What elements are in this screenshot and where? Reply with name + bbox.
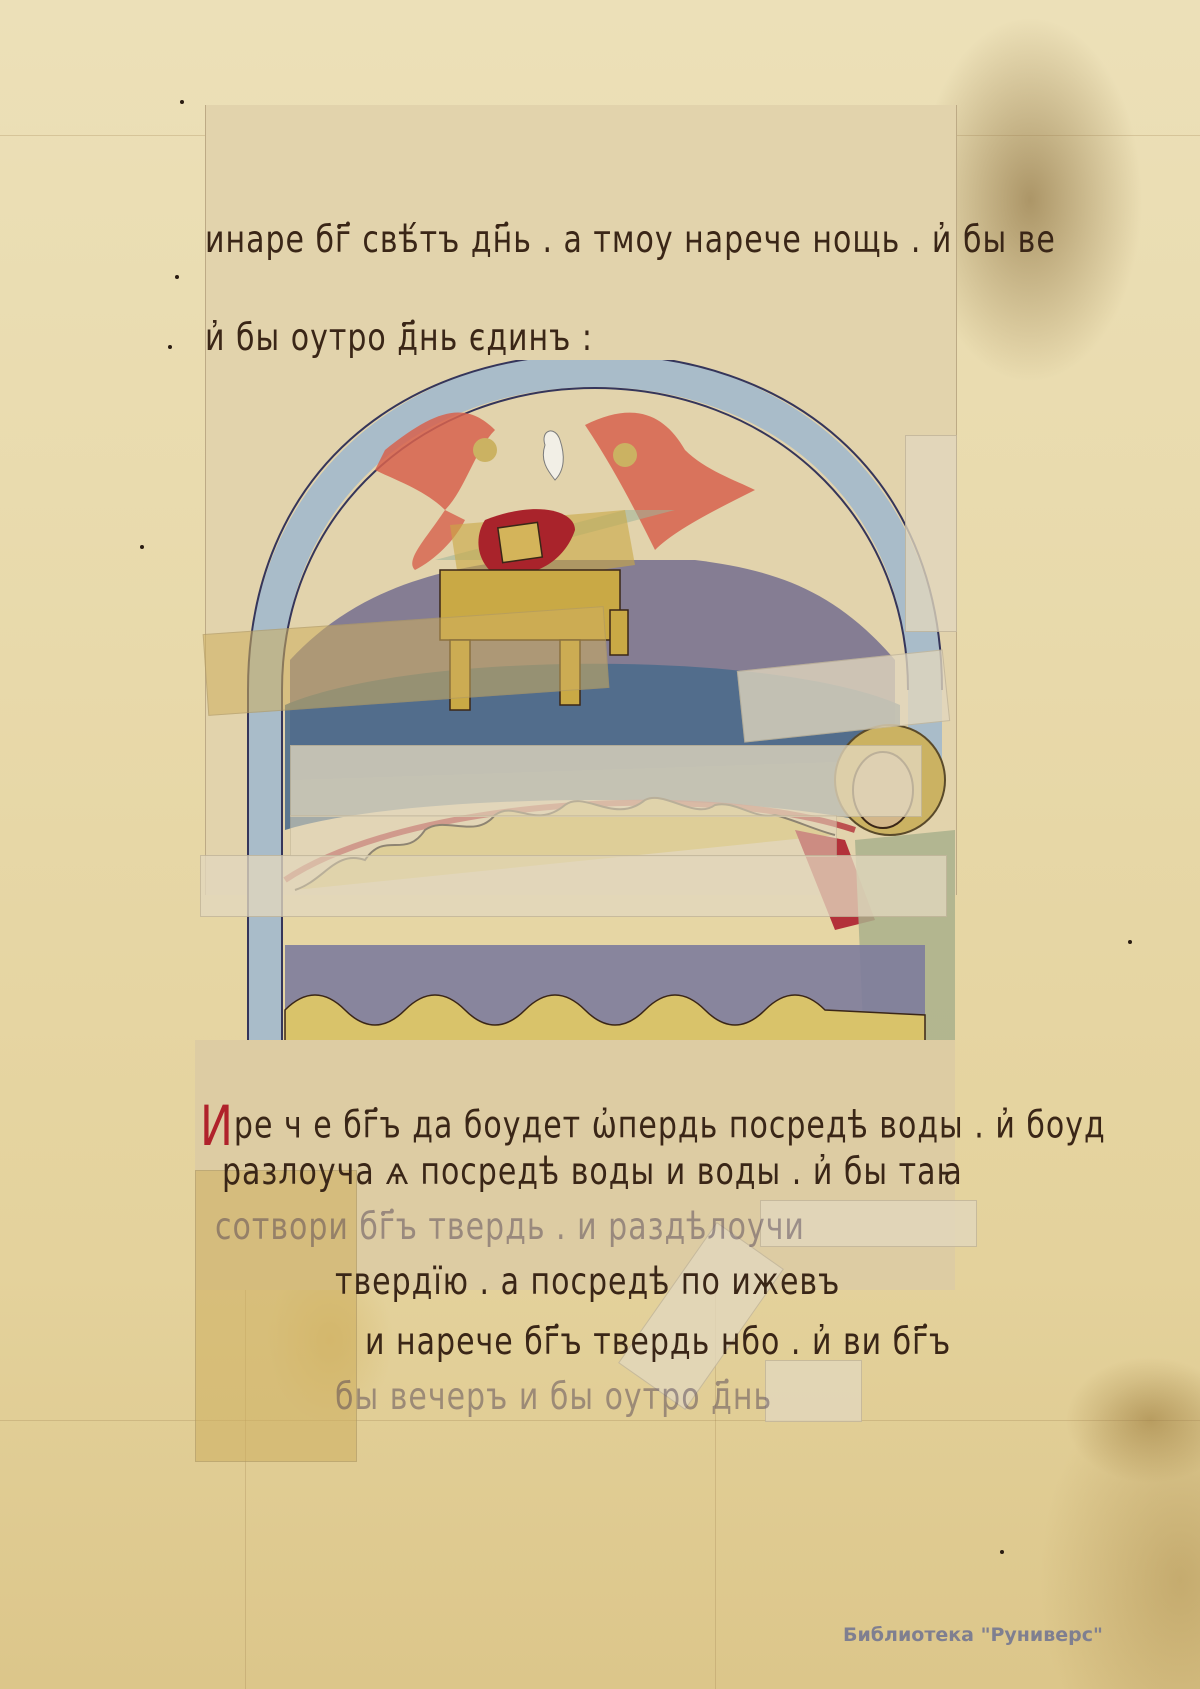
bottom-text-line-4: твердїю . а посредѣ по ижевъ [335, 1260, 840, 1304]
ink-speck [180, 100, 184, 104]
fold-crease [0, 1420, 1200, 1421]
bottom-text-line-5: и нарече бг҃ъ твердь нбо . и҆ ви бг҃ъ [365, 1320, 951, 1364]
repair-tape [290, 815, 837, 857]
top-text-line-2: и҆ бы оутро д҃нь єдинъ : [205, 316, 593, 360]
bottom-text-line-3: сотвори бг҃ъ твердь . и раздѣлоучи [215, 1205, 805, 1249]
ink-speck [168, 345, 172, 349]
ink-speck [140, 545, 144, 549]
repair-tape [765, 1360, 862, 1422]
ink-speck [1128, 940, 1132, 944]
bottom-text-line-2: разлоуча ѧ посредѣ воды и воды . и҆ бы т… [222, 1150, 963, 1194]
ink-speck [175, 275, 179, 279]
bottom-text-line-6: бы вечеръ и бы оутро д҃нь [335, 1375, 772, 1419]
top-text-line-1: инаре бг҃ свѣ́тъ дн҃ь . а тмоу нарече но… [205, 218, 1056, 262]
repair-tape [905, 435, 957, 632]
repair-tape [290, 745, 922, 817]
library-watermark: Библиотека "Руниверс" [843, 1624, 1103, 1646]
repair-tape [200, 855, 947, 917]
ink-speck [1000, 1550, 1004, 1554]
